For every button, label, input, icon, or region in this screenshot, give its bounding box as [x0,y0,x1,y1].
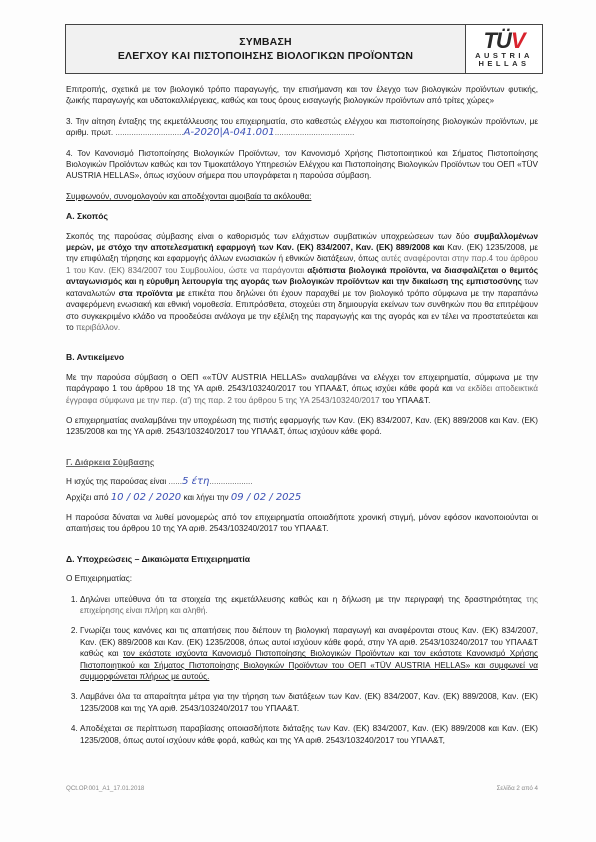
intro-item-4: 4. Τον Κανονισμό Πιστοποίησης Βιολογικών… [66,148,538,182]
title-line-1: ΣΥΜΒΑΣΗ [239,35,292,49]
section-b-heading: Β. Αντικείμενο [66,352,538,363]
section-a-heading: Α. Σκοπός [66,211,538,222]
start-date-handwritten: 10 / 02 / 2020 [111,492,181,503]
obligation-item: Γνωρίζει τους κανόνες και τις απαιτήσεις… [80,625,538,682]
document-code: QCt.OP.001_A1_17.01.2018 [66,785,144,792]
obligations-list: Δηλώνει υπεύθυνα ότι τα στοιχεία της εκμ… [66,594,538,746]
tuv-austria-hellas-logo: TÜV AUSTRIA HELLAS [466,25,542,73]
end-date-handwritten: 09 / 02 / 2025 [231,492,301,503]
application-number-handwritten: A-2020|A-041.001 [184,127,275,138]
agreement-statement: Συμφωνούν, συνομολογούν και αποδέχονται … [66,191,538,202]
contract-title: ΣΥΜΒΑΣΗ ΕΛΕΓΧΟΥ ΚΑΙ ΠΙΣΤΟΠΟΙΗΣΗΣ ΒΙΟΛΟΓΙ… [66,25,466,73]
contract-validity: Η ισχύς της παρούσας είναι ......5 έτη..… [66,476,538,487]
title-line-2: ΕΛΕΓΧΟΥ ΚΑΙ ΠΙΣΤΟΠΟΙΗΣΗΣ ΒΙΟΛΟΓΙΚΩΝ ΠΡΟΪ… [118,49,413,63]
logo-mark: TÜV [483,30,524,52]
section-d-heading: Δ. Υποχρεώσεις – Δικαιώματα Επιχειρηματί… [66,554,538,565]
intro-continuation: Επιτροπής, σχετικά με τον βιολογικό τρόπ… [66,84,538,107]
document-header: ΣΥΜΒΑΣΗ ΕΛΕΓΧΟΥ ΚΑΙ ΠΙΣΤΟΠΟΙΗΣΗΣ ΒΙΟΛΟΓΙ… [65,24,543,74]
page-footer: QCt.OP.001_A1_17.01.2018 Σελίδα 2 από 4 [66,785,538,792]
logo-line-2: HELLAS [479,60,530,68]
section-d-subheading: Ο Επιχειρηματίας: [66,573,538,584]
validity-handwritten: 5 έτη [182,476,209,487]
termination-paragraph: Η παρούσα δύναται να λυθεί μονομερώς από… [66,512,538,535]
obligation-item: Δηλώνει υπεύθυνα ότι τα στοιχεία της εκμ… [80,594,538,617]
obligation-item: Αποδέχεται σε περίπτωση παραβίασης οποια… [80,723,538,746]
page-number: Σελίδα 2 από 4 [497,785,538,792]
section-b-paragraph-2: Ο επιχειρηματίας αναλαμβάνει την υποχρέω… [66,415,538,438]
section-a-paragraph: Σκοπός της παρούσας σύμβασης είναι ο καθ… [66,231,538,334]
section-b-paragraph-1: Με την παρούσα σύμβαση ο ΟΕΠ ««TÜV AUSTR… [66,372,538,406]
contract-dates: Αρχίζει από 10 / 02 / 2020 και λήγει την… [66,492,538,503]
intro-item-3: 3. Την αίτηση ένταξης της εκμετάλλευσης … [66,116,538,139]
obligation-item: Λαμβάνει όλα τα απαραίτητα μέτρα για την… [80,691,538,714]
document-body: Επιτροπής, σχετικά με τον βιολογικό τρόπ… [66,84,538,755]
logo-check-icon: V [511,28,525,53]
section-c-heading: Γ. Διάρκεια Σύμβασης [66,457,538,468]
